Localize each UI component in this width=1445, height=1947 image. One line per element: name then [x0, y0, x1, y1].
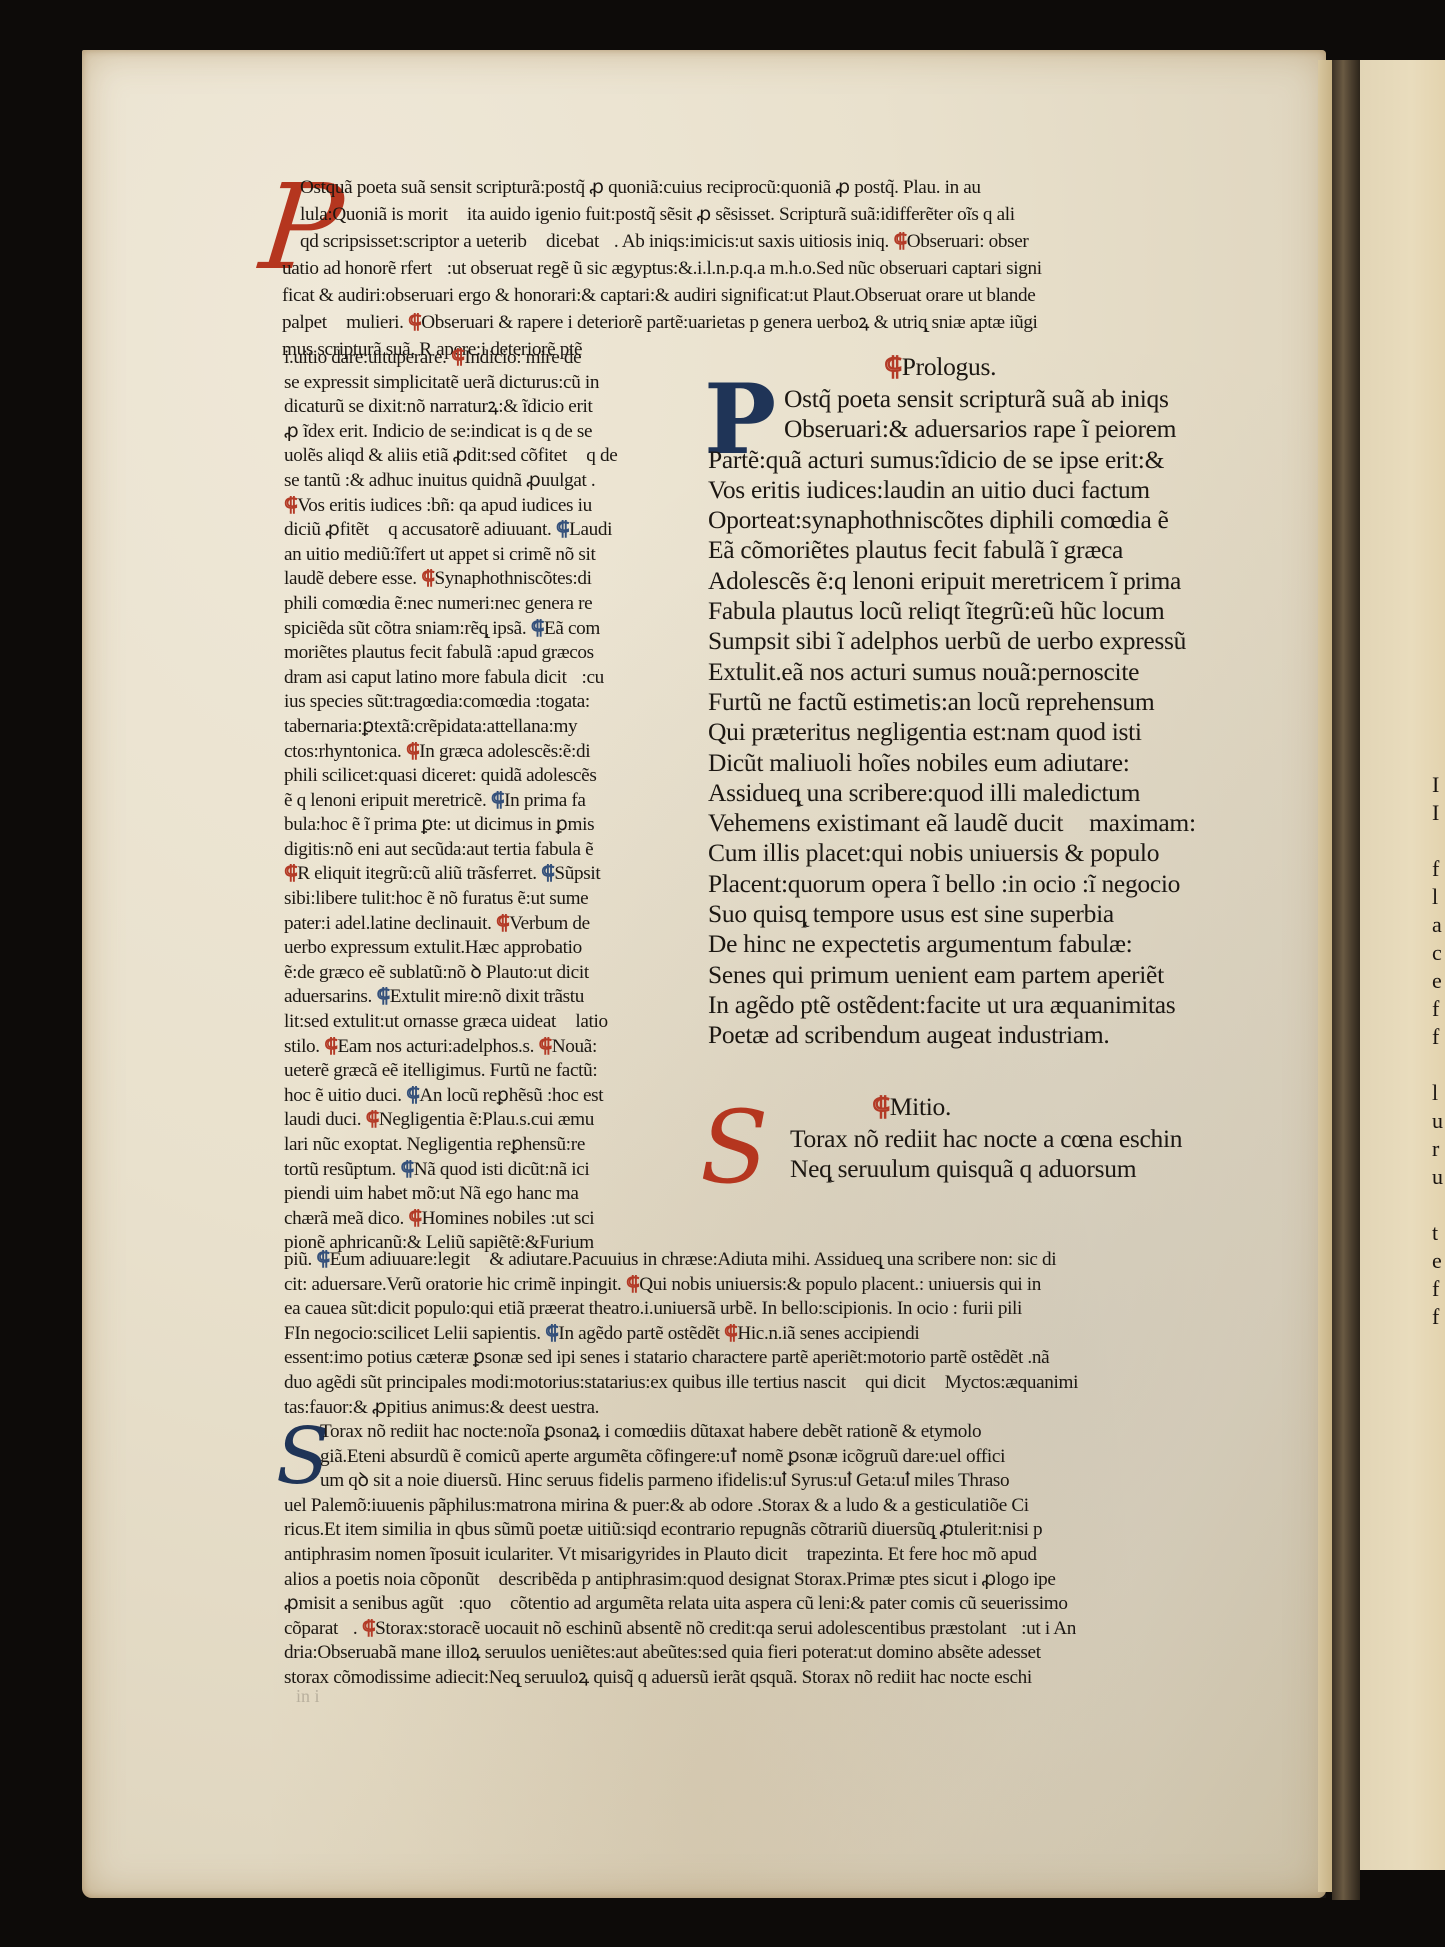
- commentary-line: lari nũc exoptat. Negligentia reꝑhensũ:r…: [284, 1133, 617, 1158]
- verse-line: In agẽdo ptẽ ostẽdent:facite ut ura æqua…: [708, 990, 1196, 1020]
- commentary-line: diciũ ꝓfitẽtᷣ q accusatorẽ adiuuant. ⸿La…: [284, 518, 617, 543]
- paragraph-mark-icon: ⸿: [872, 1092, 890, 1121]
- commentary-line: piendi uim habet mõ:ut Nã ego hanc ma: [284, 1182, 617, 1207]
- commentary-lemma: Eã com: [544, 618, 600, 639]
- commentary-line: FIn negocio:scilicet Lelii sapientis. ⸿I…: [284, 1322, 1078, 1347]
- commentary-text: Torax nõ rediit hac nocte:noĩa ꝑsonaꝝ i …: [320, 1421, 981, 1442]
- commentary-text: digitis:nõ eni aut secũda:aut tertia fab…: [284, 839, 593, 860]
- commentary-text: moriẽtes plautus fecit fabulã :apud græc…: [284, 642, 594, 663]
- paragraph-mark-icon: ⸿: [451, 347, 464, 368]
- paragraph-mark-icon: ⸿: [284, 495, 297, 516]
- verse-line: Senes qui primum uenient eam partem aper…: [708, 960, 1196, 990]
- commentary-line: aduersarins. ⸿Extulit mire:nõ dixit trãs…: [284, 985, 617, 1010]
- facing-page-text-fragment: I: [1432, 770, 1445, 800]
- paragraph-mark-icon: ⸿: [324, 1036, 337, 1057]
- scene-text: Torax nõ rediit hac nocte a cœna eschin᷒…: [790, 1124, 1202, 1184]
- bottom-commentary-upper: piũ. ⸿Eum adiuuare:legitᷣ & adiutare.Pac…: [284, 1248, 1078, 1420]
- commentary-line: Torax nõ rediit hac nocte:noĩa ꝑsonaꝝ i …: [320, 1420, 1076, 1445]
- commentary-lemma: Hic.n.iã senes accipiendi: [737, 1323, 919, 1344]
- commentary-line: ueterẽ græcã eẽ itelligimus. Furtũ ne fa…: [284, 1059, 617, 1084]
- commentary-text: palpetᷣ mulieri.: [282, 312, 404, 333]
- verse-line: Placent:quorum opera ĩ bello :in ocio :ĩ…: [708, 869, 1196, 899]
- verse-line: Sumpsit sibi ĩ adelphos uerbũ de uerbo e…: [708, 626, 1196, 656]
- commentary-lemma: Obseruari: obser: [907, 231, 1029, 252]
- commentary-text: um qꝺ sit a noie diuersũ. Hinc seruus fi…: [320, 1470, 1009, 1491]
- top-commentary: Ostquã poeta suã sensit scripturã:postq̃…: [300, 176, 1028, 257]
- commentary-lemma: Nouã:: [552, 1036, 597, 1057]
- commentary-line: ⸿R eliquit itegrũ:cũ aliũ trãsferret. ⸿S…: [284, 862, 617, 887]
- facing-page-text-fragment: r: [1432, 1134, 1445, 1164]
- paragraph-mark-icon: ⸿: [284, 863, 297, 884]
- commentary-line: cõparatᷣ. ⸿Storax:storacẽ uocauit nõ esc…: [284, 1617, 1076, 1642]
- commentary-line: laudẽ debere esse. ⸿Synaphothniscõtes:di: [284, 567, 617, 592]
- paragraph-mark-icon: ⸿: [366, 1109, 379, 1130]
- commentary-line: ꝓmisit a senibus agũtᷣ:quoꝝ cõtentio ad …: [284, 1592, 1076, 1617]
- commentary-line: dicaturũ se dixit:nõ narraturꝝ:& ĩdicio …: [284, 395, 617, 420]
- commentary-lemma: Vos eritis iudices :bñ: qa apud iudices …: [297, 495, 592, 516]
- commentary-line: lit:sed extulit:ut ornasse græca uideatᷣ…: [284, 1010, 617, 1035]
- paragraph-mark-icon: ⸿: [376, 986, 389, 1007]
- commentary-text: giã.Eteni absurdũ ẽ comicũ aperte argumẽ…: [320, 1446, 1005, 1467]
- commentary-line: sibi:libere tulit:hoc ẽ nõ furatus ẽ:ut …: [284, 887, 617, 912]
- commentary-lemma: Laudi: [569, 519, 612, 540]
- commentary-text: phili comœdia ẽ:nec numeri:nec genera re: [284, 593, 592, 614]
- facing-page-edge: IIflaceffluruteff: [1360, 60, 1445, 1870]
- commentary-lemma: In prima fa: [504, 790, 585, 811]
- commentary-line: Ostquã poeta suã sensit scripturã:postq̃…: [300, 176, 1028, 203]
- commentary-text: antiphrasim nomen ĩposuit iculariter. Vt…: [284, 1544, 1037, 1565]
- verse-line: Assidueq̨ una scribere:quod illi maledic…: [708, 778, 1196, 808]
- paragraph-mark-icon: ⸿: [626, 1274, 639, 1295]
- commentary-line: ius species sũt:tragœdia:comœdia :togata…: [284, 690, 617, 715]
- commentary-text: sibi:libere tulit:hoc ẽ nõ furatus ẽ:ut …: [284, 888, 588, 909]
- commentary-line: an uitio mediũ:ĩfert ut appet si crimẽ n…: [284, 543, 617, 568]
- commentary-text: qd scripsisset:scriptor a ueterib᷒ diceb…: [300, 231, 889, 252]
- commentary-line: essent:imo potius cæteræ ꝑsonæ sed ipi s…: [284, 1346, 1078, 1371]
- paragraph-mark-icon: ⸿: [539, 1036, 552, 1057]
- book-gutter: [1332, 60, 1360, 1900]
- commentary-line: phili comœdia ẽ:nec numeri:nec genera re: [284, 592, 617, 617]
- verse-line: De hinc ne expectetis argumentum fabulæ:: [708, 929, 1196, 959]
- commentary-line: uatio ad honorẽ rfertᷣ:ut obseruat regẽ …: [282, 257, 1042, 284]
- commentary-line: phili scilicet:quasi diceret: quidã adol…: [284, 764, 617, 789]
- commentary-line: dram asi caput latino more fabula dicitᷣ…: [284, 666, 617, 691]
- commentary-line: tortũ resũptum. ⸿Nã quod isti dicũt:nã i…: [284, 1158, 617, 1183]
- commentary-text: uel Palemõ:iuuenis pãphilus:matrona miri…: [284, 1495, 1029, 1516]
- paragraph-mark-icon: ⸿: [408, 1208, 421, 1229]
- facing-page-text-fragment: l: [1432, 1078, 1445, 1108]
- commentary-line: laudi duci. ⸿Negligentia ẽ:Plau.s.cui æm…: [284, 1108, 617, 1133]
- commentary-text: tabernaria:ꝑtextã:crẽpidata:attellana:my: [284, 716, 577, 737]
- verse-line: Vos eritis iudices:laudin an uitio duci …: [708, 475, 1196, 505]
- folio-mark: in i: [296, 1686, 320, 1707]
- paragraph-mark-icon: ⸿: [724, 1323, 737, 1344]
- commentary-lemma: Synaphothniscõtes:di: [434, 568, 591, 589]
- commentary-lemma: An locũ reꝑhẽsũ :hoc est: [419, 1085, 603, 1106]
- commentary-line: stilo. ⸿Eam nos acturi:adelphos.s. ⸿Nouã…: [284, 1035, 617, 1060]
- bottom-commentary-lower: Torax nõ rediit hac nocte:noĩa ꝑsonaꝝ i …: [320, 1420, 1076, 1691]
- commentary-text: bula:hoc ẽ ĩ prima ꝑte: ut dicimus in ꝑm…: [284, 814, 594, 835]
- commentary-text: alios a poetis noia cõponũtᷣ describẽda …: [284, 1569, 1056, 1590]
- commentary-text: ricus.Et item similia in qbus sũmũ poetæ…: [284, 1519, 1042, 1540]
- paragraph-mark-icon: ⸿: [406, 741, 419, 762]
- commentary-lemma: Extulit mire:nõ dixit trãstu: [390, 986, 584, 1007]
- commentary-line: ꝓ ĩdex erit. Indicio de se:indicat is q …: [284, 420, 617, 445]
- commentary-text: diciũ ꝓfitẽtᷣ q accusatorẽ adiuuant.: [284, 519, 551, 540]
- commentary-line: tas:fauor:& ꝓpitius animus:& deest uestr…: [284, 1396, 1078, 1421]
- commentary-lemma: Homines nobiles :ut sci: [422, 1208, 595, 1229]
- commentary-line: ea cauea sũt:dicit populo:qui etiã præer…: [284, 1297, 1078, 1322]
- commentary-line: ⸿Vos eritis iudices :bñ: qa apud iudices…: [284, 494, 617, 519]
- commentary-line: ẽ:de græco eẽ sublatũ:nõ ꝺ Plauto:ut dic…: [284, 961, 617, 986]
- verse-line: Ostq̃ poeta sensit scripturã suã ab iniq…: [708, 384, 1196, 414]
- commentary-lemma: Obseruari & rapere i deteriorẽ partẽ:uar…: [421, 312, 1037, 333]
- facing-page-text-fragment: e: [1432, 966, 1445, 996]
- paragraph-mark-icon: ⸿: [408, 312, 421, 333]
- commentary-line: se tantũ :& adhuc inuitus quidnã ꝓuulgat…: [284, 469, 617, 494]
- paragraph-mark-icon: ⸿: [545, 1323, 558, 1344]
- commentary-line: duo agẽdi sũt principales modi:motorius:…: [284, 1371, 1078, 1396]
- verse-line: Furtũ ne factũ estimetis:an locũ reprehe…: [708, 687, 1196, 717]
- commentary-text: In negocio:scilicet Lelii sapientis.: [294, 1323, 540, 1344]
- paragraph-mark-icon: ⸿: [316, 1249, 329, 1270]
- commentary-text: dram asi caput latino more fabula dicitᷣ…: [284, 667, 604, 688]
- commentary-lemma: In græca adolescẽs:ẽ:di: [419, 741, 590, 762]
- commentary-lemma: Storax:storacẽ uocauit nõ eschinũ absent…: [375, 1618, 1076, 1639]
- commentary-text: lari nũc exoptat. Negligentia reꝑhensũ:r…: [284, 1134, 585, 1155]
- commentary-text: laudẽ debere esse.: [284, 568, 417, 589]
- commentary-line: um qꝺ sit a noie diuersũ. Hinc seruus fi…: [320, 1469, 1076, 1494]
- paragraph-mark-icon: ⸿: [406, 1085, 419, 1106]
- heading-text: Prologus.: [902, 352, 996, 381]
- facing-page-text-fragment: e: [1432, 1246, 1445, 1276]
- illuminated-initial-s-red: S: [700, 1098, 769, 1198]
- commentary-text: hoc ẽ uitio duci.: [284, 1085, 402, 1106]
- section-heading: ⸿Prologus.: [884, 352, 996, 382]
- verse-line: Partẽ:quã acturi sumus:ĩdicio de se ipse…: [708, 445, 1196, 475]
- verse-line: Suo quisq̨ tempore usus est sine superbi…: [708, 899, 1196, 929]
- commentary-text: pater:i adel.latine declinauit.: [284, 913, 492, 934]
- commentary-text: spiciẽda sũt cõtra sniam:rẽq̨ ipsã.: [284, 618, 526, 639]
- commentary-line: uerbo expressum extulit.Hæc approbatio: [284, 936, 617, 961]
- paragraph-mark-icon: ⸿: [421, 568, 434, 589]
- verse-line: Obseruari:& aduersarios rape ĩ peiorem: [708, 414, 1196, 444]
- commentary-text: tortũ resũptum.: [284, 1159, 396, 1180]
- facing-page-text-fragment: f: [1432, 994, 1445, 1024]
- facing-page-text-fragment: f: [1432, 1274, 1445, 1304]
- commentary-text: ꝓ ĩdex erit. Indicio de se:indicat is q …: [284, 421, 592, 442]
- paragraph-mark-icon: ⸿: [884, 352, 902, 381]
- commentary-text: se expressit simplicitatẽ uerã dicturus:…: [284, 372, 599, 393]
- commentary-line: bula:hoc ẽ ĩ prima ꝑte: ut dicimus in ꝑm…: [284, 813, 617, 838]
- verse-line: Vehemens existimant eã laudẽ ducitᷣ maxi…: [708, 808, 1196, 838]
- commentary-text: cit: aduersare.Verũ oratorie hic crimẽ i…: [284, 1274, 622, 1295]
- commentary-lemma: Nã quod isti dicũt:nã ici: [414, 1159, 590, 1180]
- commentary-line: chærã meã dico. ⸿Homines nobiles :ut sci: [284, 1207, 617, 1232]
- verse-line: Neq̨ seruulum quisquã q aduorsum: [790, 1154, 1202, 1184]
- commentary-text: chærã meã dico.: [284, 1208, 404, 1229]
- commentary-text: ueterẽ græcã eẽ itelligimus. Furtũ ne fa…: [284, 1060, 597, 1081]
- commentary-lemma: Qui nobis uniuersis:& populo placent.: u…: [639, 1274, 1041, 1295]
- verse-line: Extulit.eã nos acturi sumus nouã:pernosc…: [708, 657, 1196, 687]
- commentary-text: storax cõmodissime adiecit:Neq̨ seruuloꝝ…: [284, 1667, 1032, 1688]
- commentary-lemma: Sũpsit: [554, 863, 600, 884]
- commentary-text: lit:sed extulit:ut ornasse græca uideatᷣ…: [284, 1011, 608, 1032]
- commentary-line: cit: aduersare.Verũ oratorie hic crimẽ i…: [284, 1273, 1078, 1298]
- commentary-line: tabernaria:ꝑtextã:crẽpidata:attellana:my: [284, 715, 617, 740]
- commentary-line: ẽ q lenoni eripuit meretricẽ. ⸿In prima …: [284, 789, 617, 814]
- commentary-text: an uitio mediũ:ĩfert ut appet si crimẽ n…: [284, 544, 595, 565]
- verse-line: Dicũt maliuoli hoĩes nobiles eum adiutar…: [708, 748, 1196, 778]
- commentary-line: qd scripsisset:scriptor a ueterib᷒ diceb…: [300, 230, 1028, 257]
- verse-line: Oporteat:synaphothniscõtes diphili comœd…: [708, 505, 1196, 535]
- commentary-line: alios a poetis noia cõponũtᷣ describẽda …: [284, 1568, 1076, 1593]
- commentary-line: storax cõmodissime adiecit:Neq̨ seruuloꝝ…: [284, 1666, 1076, 1691]
- verse-line: Qui præteritus negligentia est:nam quod …: [708, 717, 1196, 747]
- commentary-text: uolẽs aliqd & aliis etiã ꝓdit:sed cõfite…: [284, 445, 617, 466]
- commentary-line: antiphrasim nomen ĩposuit iculariter. Vt…: [284, 1543, 1076, 1568]
- facing-page-text-fragment: t: [1432, 1218, 1445, 1248]
- facing-page-text-fragment: u: [1432, 1106, 1445, 1136]
- paragraph-mark-icon: ⸿: [541, 863, 554, 884]
- commentary-line: moriẽtes plautus fecit fabulã :apud græc…: [284, 641, 617, 666]
- verse-line: Eã cõmoriẽtes plautus fecit fabulã ĩ græ…: [708, 535, 1196, 565]
- facing-page-text-fragment: I: [1432, 798, 1445, 828]
- verse-line: Poetæ ad scribendum augeat industriam.: [708, 1020, 1196, 1050]
- commentary-line: i.uitio dare:uituperare. ⸿Indicio: mire …: [284, 346, 617, 371]
- commentary-lead: F: [284, 1323, 294, 1344]
- commentary-text: piendi uim habet mõ:ut Nã ego hanc ma: [284, 1183, 579, 1204]
- commentary-line: piũ. ⸿Eum adiuuare:legitᷣ & adiutare.Pac…: [284, 1248, 1078, 1273]
- commentary-text: stilo.: [284, 1036, 320, 1057]
- commentary-line: ricus.Et item similia in qbus sũmũ poetæ…: [284, 1518, 1076, 1543]
- commentary-line: giã.Eteni absurdũ ẽ comicũ aperte argumẽ…: [320, 1445, 1076, 1470]
- commentary-text: aduersarins.: [284, 986, 372, 1007]
- facing-page-text-fragment: f: [1432, 1302, 1445, 1332]
- commentary-lemma: In agẽdo partẽ ostẽdẽt: [558, 1323, 719, 1344]
- commentary-lemma: Eam nos acturi:adelphos.s.: [337, 1036, 534, 1057]
- commentary-text: laudi duci.: [284, 1109, 361, 1130]
- commentary-text: tas:fauor:& ꝓpitius animus:& deest uestr…: [284, 1397, 599, 1418]
- commentary-line: digitis:nõ eni aut secũda:aut tertia fab…: [284, 838, 617, 863]
- left-commentary-column: i.uitio dare:uituperare. ⸿Indicio: mire …: [284, 346, 617, 1256]
- verse-line: Adolescẽs ẽ:q lenoni eripuit meretricem …: [708, 566, 1196, 596]
- commentary-text: dria:Obseruabã mane illoꝝ seruulos ueniẽ…: [284, 1642, 1041, 1663]
- commentary-lemma: Indicio: mire de: [464, 347, 581, 368]
- facing-page-text-fragment: l: [1432, 882, 1445, 912]
- commentary-text: uerbo expressum extulit.Hæc approbatio: [284, 937, 582, 958]
- commentary-text: phili scilicet:quasi diceret: quidã adol…: [284, 765, 596, 786]
- facing-page-text-fragment: f: [1432, 1022, 1445, 1052]
- page-edge: [1318, 60, 1332, 1892]
- verse-line: Cum illis placet:qui nobis uniuersis & p…: [708, 838, 1196, 868]
- commentary-line: ctos:rhyntonica. ⸿In græca adolescẽs:ẽ:d…: [284, 740, 617, 765]
- paragraph-mark-icon: ⸿: [531, 618, 544, 639]
- verse-line: Fabula plautus locũ reliqt ĩtegrũ:eũ hũc…: [708, 596, 1196, 626]
- commentary-lemma: R eliquit itegrũ:cũ aliũ trãsferret.: [297, 863, 536, 884]
- commentary-text: piũ.: [284, 1249, 312, 1270]
- speaker-label: ⸿Mitio.: [872, 1092, 951, 1122]
- commentary-text: ẽ q lenoni eripuit meretricẽ.: [284, 790, 486, 811]
- commentary-text: ctos:rhyntonica.: [284, 741, 402, 762]
- commentary-lemma: Verbum de: [509, 913, 590, 934]
- facing-page-text-fragment: f: [1432, 854, 1445, 884]
- commentary-line: lula:Quoniã is moritᷣ ita auido igenio f…: [300, 203, 1028, 230]
- facing-page-text-fragment: a: [1432, 910, 1445, 940]
- commentary-line: palpetᷣ mulieri. ⸿Obseruari & rapere i d…: [282, 311, 1042, 338]
- facing-page-text-fragment: c: [1432, 938, 1445, 968]
- commentary-line: uolẽs aliqd & aliis etiã ꝓdit:sed cõfite…: [284, 444, 617, 469]
- commentary-line: spiciẽda sũt cõtra sniam:rẽq̨ ipsã. ⸿Eã …: [284, 617, 617, 642]
- commentary-text: ius species sũt:tragœdia:comœdia :togata…: [284, 691, 590, 712]
- commentary-line: pater:i adel.latine declinauit. ⸿Verbum …: [284, 912, 617, 937]
- commentary-text: ꝓmisit a senibus agũtᷣ:quoꝝ cõtentio ad …: [284, 1593, 1068, 1614]
- main-text-block: Ostq̃ poeta sensit scripturã suã ab iniq…: [708, 384, 1196, 1051]
- commentary-text: i.uitio dare:uituperare.: [284, 347, 447, 368]
- paragraph-mark-icon: ⸿: [400, 1159, 413, 1180]
- paragraph-mark-icon: ⸿: [491, 790, 504, 811]
- commentary-line: ficat & audiri:obseruari ergo & honorari…: [282, 284, 1042, 311]
- commentary-text: duo agẽdi sũt principales modi:motorius:…: [284, 1372, 1078, 1393]
- speaker-name: Mitio.: [890, 1092, 951, 1121]
- commentary-text: cõparatᷣ.: [284, 1618, 357, 1639]
- commentary-lemma: Negligentia ẽ:Plau.s.cui æmu: [379, 1109, 594, 1130]
- commentary-text: ẽ:de græco eẽ sublatũ:nõ ꝺ Plauto:ut dic…: [284, 962, 589, 983]
- facing-page-text-fragment: u: [1432, 1162, 1445, 1192]
- paragraph-mark-icon: ⸿: [893, 231, 906, 252]
- commentary-text: ea cauea sũt:dicit populo:qui etiã præer…: [284, 1298, 1022, 1319]
- paragraph-mark-icon: ⸿: [496, 913, 509, 934]
- commentary-line: hoc ẽ uitio duci. ⸿An locũ reꝑhẽsũ :hoc …: [284, 1084, 617, 1109]
- paragraph-mark-icon: ⸿: [556, 519, 569, 540]
- commentary-text: dicaturũ se dixit:nõ narraturꝝ:& ĩdicio …: [284, 396, 592, 417]
- commentary-lemma: Eum adiuuare:legitᷣ & adiutare.Pacuuius …: [330, 1249, 1057, 1270]
- commentary-line: se expressit simplicitatẽ uerã dicturus:…: [284, 371, 617, 396]
- commentary-text: essent:imo potius cæteræ ꝑsonæ sed ipi s…: [284, 1347, 1049, 1368]
- verse-line: Torax nõ rediit hac nocte a cœna eschin᷒: [790, 1124, 1202, 1154]
- commentary-line: dria:Obseruabã mane illoꝝ seruulos ueniẽ…: [284, 1641, 1076, 1666]
- paragraph-mark-icon: ⸿: [362, 1618, 375, 1639]
- commentary-line: uel Palemõ:iuuenis pãphilus:matrona miri…: [284, 1494, 1076, 1519]
- commentary-text: se tantũ :& adhuc inuitus quidnã ꝓuulgat…: [284, 470, 595, 491]
